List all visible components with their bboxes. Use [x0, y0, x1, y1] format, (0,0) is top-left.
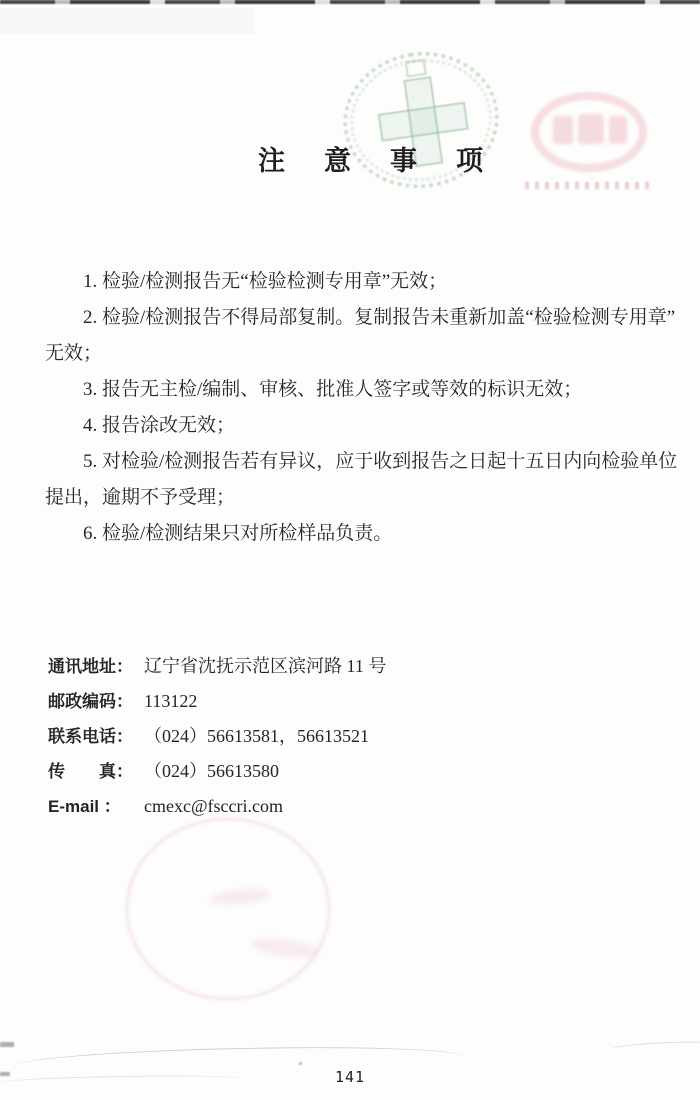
contact-row-postcode: 邮政编码： 113122	[48, 687, 648, 711]
stamp-top-box-icon	[405, 59, 427, 78]
contact-row-email: E-mail ： cmexc@fsccri.com	[48, 792, 648, 816]
scanned-page: 注意事项 1. 检验/检测报告无“检验检测专用章”无效； 2. 检验/检测报告不…	[0, 0, 700, 1099]
scan-speck	[0, 1042, 14, 1047]
page-number: 141	[0, 1068, 700, 1086]
scan-line-artifact	[610, 1040, 700, 1055]
notice-line: 6. 检验/检测结果只对所检样品负责。	[45, 522, 700, 558]
page-title: 注意事项	[258, 139, 522, 178]
notice-line: 无效；	[45, 342, 700, 378]
stamp-letter-blob	[553, 116, 573, 144]
contact-value: （024）56613581，56613521	[144, 722, 369, 748]
notices-list: 1. 检验/检测报告无“检验检测专用章”无效； 2. 检验/检测报告不得局部复制…	[45, 270, 700, 558]
scanner-edge-artifact	[0, 0, 700, 4]
stamp-caption-blur	[525, 182, 655, 189]
contact-value: 辽宁省沈抚示范区滨河路 11 号	[144, 652, 386, 678]
pink-circle-stamp-icon	[126, 818, 330, 1000]
contact-label: E-mail ：	[48, 792, 140, 817]
notice-line: 提出，逾期不予受理；	[45, 486, 700, 522]
scan-smudge	[0, 8, 255, 34]
contact-block: 通讯地址： 辽宁省沈抚示范区滨河路 11 号 邮政编码： 113122 联系电话…	[48, 652, 648, 827]
contact-value: 113122	[144, 691, 197, 712]
scan-speck	[299, 1062, 302, 1065]
notice-line: 5. 对检验/检测报告若有异议，应于收到报告之日起十五日内向检验单位	[45, 450, 700, 486]
contact-row-fax: 传 真： （024）56613580	[48, 757, 648, 781]
notice-line: 1. 检验/检测报告无“检验检测专用章”无效；	[45, 270, 700, 306]
red-oval-stamp-icon	[531, 92, 647, 172]
stamp-letter-blob	[609, 116, 627, 144]
notice-line: 3. 报告无主检/编制、审核、批准人签字或等效的标识无效；	[45, 378, 700, 414]
stamp-letter-blob	[578, 114, 604, 144]
contact-row-phone: 联系电话： （024）56613581，56613521	[48, 722, 648, 746]
notice-line: 4. 报告涂改无效；	[45, 414, 700, 450]
contact-value: cmexc@fsccri.com	[144, 796, 283, 817]
contact-row-address: 通讯地址： 辽宁省沈抚示范区滨河路 11 号	[48, 652, 648, 676]
contact-label: 传 真：	[48, 757, 140, 782]
contact-label: 联系电话：	[48, 722, 140, 747]
notice-line: 2. 检验/检测报告不得局部复制。复制报告未重新加盖“检验检测专用章”	[45, 306, 700, 342]
contact-label: 邮政编码：	[48, 687, 140, 712]
contact-value: （024）56613580	[144, 757, 279, 783]
contact-label: 通讯地址：	[48, 652, 140, 677]
